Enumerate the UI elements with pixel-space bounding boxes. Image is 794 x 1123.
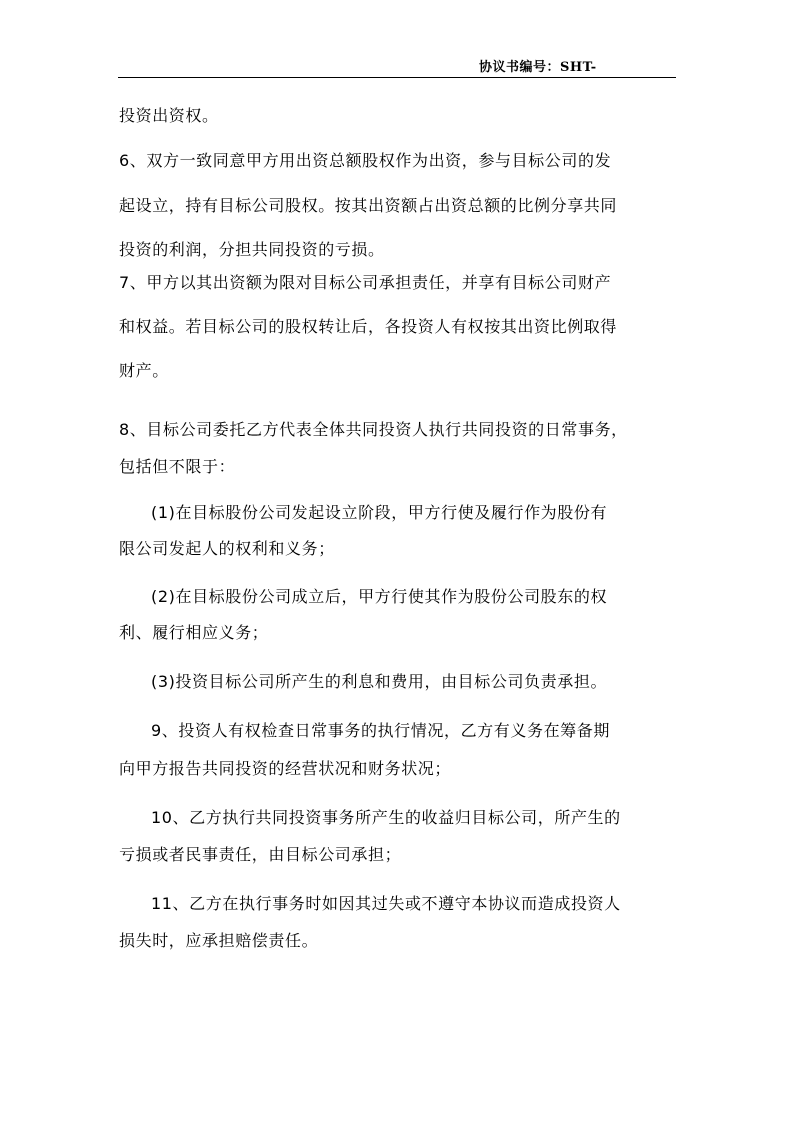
text-line: 11、乙方在执行事务时如因其过失或不遵守本协议而造成投资人	[151, 894, 621, 914]
text-line: 投资的利润，分担共同投资的亏损。	[119, 240, 385, 260]
text-line: 和权益。若目标公司的股权转让后，各投资人有权按其出资比例取得	[119, 317, 617, 337]
text-line: 7、甲方以其出资额为限对目标公司承担责任，并享有目标公司财产	[119, 273, 611, 293]
text-line: (1)在目标股份公司发起设立阶段，甲方行使及履行作为股份有	[151, 503, 607, 523]
text-line: 财产。	[119, 361, 169, 381]
text-line: 6、双方一致同意甲方用出资总额股权作为出资，参与目标公司的发	[119, 151, 611, 171]
text-line: 向甲方报告共同投资的经营状况和财务状况；	[119, 759, 451, 779]
text-line: 起设立，持有目标公司股权。按其出资额占出资总额的比例分享共同	[119, 196, 617, 216]
page-header: 协议书编号：SHT-	[118, 52, 676, 78]
text-line: 限公司发起人的权利和义务；	[119, 539, 335, 559]
text-line: 10、乙方执行共同投资事务所产生的收益归目标公司，所产生的	[151, 808, 621, 828]
text-line: 9、投资人有权检查日常事务的执行情况，乙方有义务在筹备期	[151, 721, 610, 741]
text-line: 投资出资权。	[119, 106, 219, 126]
agreement-number: 协议书编号：SHT-	[479, 56, 597, 75]
text-line: (3)投资目标公司所产生的利息和费用，由目标公司负责承担。	[151, 672, 607, 692]
text-line: 8、目标公司委托乙方代表全体共同投资人执行共同投资的日常事务，	[119, 420, 628, 440]
text-line: 利、履行相应义务；	[119, 623, 268, 643]
text-line: 包括但不限于：	[119, 457, 235, 477]
text-line: 损失时，应承担赔偿责任。	[119, 931, 318, 951]
text-line: (2)在目标股份公司成立后，甲方行使其作为股份公司股东的权	[151, 587, 607, 607]
text-line: 亏损或者民事责任，由目标公司承担；	[119, 845, 401, 865]
